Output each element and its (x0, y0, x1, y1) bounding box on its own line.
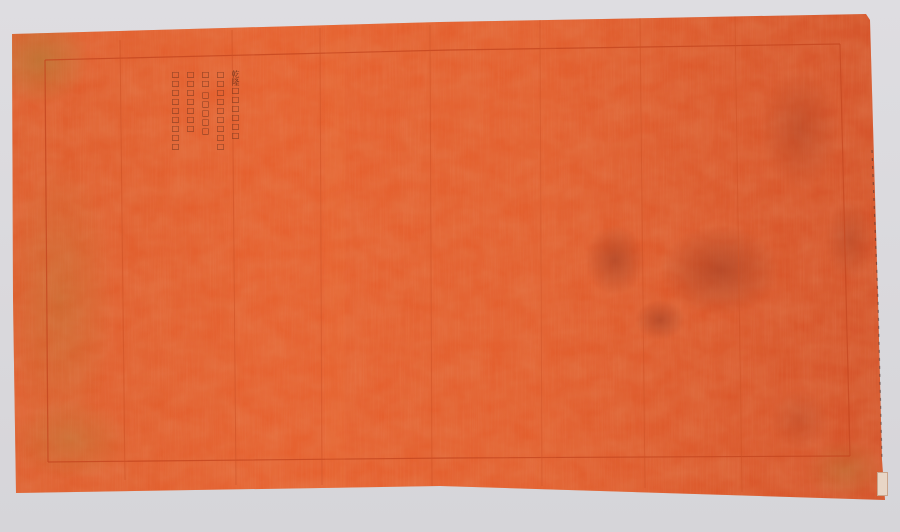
textile-panel (0, 0, 900, 532)
inscription-column: 乾隆□□□□□□ (231, 70, 240, 180)
inscription-column: □□□□□□□□□ (216, 70, 225, 180)
photo-background: 乾隆□□□□□□ □□□□□□□□□ □□ □□□□□ □□□□□□□ □□□□… (0, 0, 900, 532)
inscription-column: □□□□□□□□□ (171, 70, 180, 180)
ink-inscription: 乾隆□□□□□□ □□□□□□□□□ □□ □□□□□ □□□□□□□ □□□□… (160, 70, 240, 180)
inscription-column: □□□□□□□ (186, 70, 195, 180)
inscription-column: □□ □□□□□ (201, 70, 210, 180)
museum-label-tag (877, 472, 888, 496)
